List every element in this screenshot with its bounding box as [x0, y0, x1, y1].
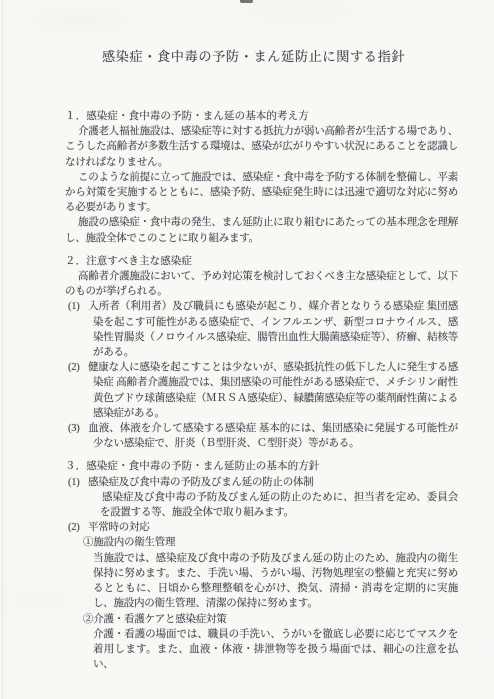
list-item: (2)平常時の対応	[65, 520, 458, 535]
sub-item-title: ①施設内の衛生管理	[83, 535, 458, 550]
paragraph: 高齢者介護施設において、予め対応策を検討しておくべき主な感染症として、以下のもの…	[65, 269, 458, 299]
item-text: 入所者（利用者）及び職員にも感染が起こり、媒介者となりうる感染症 集団感染を起こ…	[88, 301, 458, 358]
item-title: 平常時の対応	[88, 522, 150, 533]
list-item: (1)感染症及び食中毒の予防及びまん延の防止の体制	[65, 475, 458, 490]
item-marker: (2)	[68, 360, 88, 375]
list-item: (2)健康な人に感染を起こすことは少ないが、感染抵抗性の低下した人に発生する感染…	[65, 360, 458, 421]
item-body: 感染症及び食中毒の予防及びまん延の防止のために、担当者を定め、委員会を設置する等…	[100, 490, 458, 520]
sub-item-title: ②介護・看護ケアと感染症対策	[83, 612, 458, 627]
page-title: 感染症・食中毒の予防・まん延防止に関する指針	[57, 48, 450, 66]
item-marker: (3)	[68, 421, 88, 436]
paragraph: 介護老人福祉施設は、感染症等に対する抵抗力が弱い高齢者が生活する場であり、こうし…	[65, 124, 458, 170]
item-title: 感染症及び食中毒の予防及びまん延の防止の体制	[88, 477, 314, 488]
document-content: 感染症・食中毒の予防・まん延防止に関する指針 １．感染症・食中毒の予防・まん延の…	[65, 48, 458, 672]
section-basic-policy: ３．感染症・食中毒の予防・まん延防止の基本的方針 (1)感染症及び食中毒の予防及…	[65, 459, 458, 672]
item-marker: (2)	[68, 520, 88, 535]
paragraph: このような前提に立って施設では、感染症・食中毒を予防する体制を整備し、平素から対…	[65, 170, 458, 216]
section-basic-concept: １．感染症・食中毒の予防・まん延の基本的考え方 介護老人福祉施設は、感染症等に対…	[65, 109, 458, 246]
item-marker: (1)	[68, 475, 88, 490]
item-text: 血液、体液を介して感染する感染症 基本的には、集団感染に発展する可能性が少ない感…	[88, 423, 458, 449]
section-major-infections: ２．注意すべき主な感染症 高齢者介護施設において、予め対応策を検討しておくべき主…	[65, 254, 458, 452]
sub-item-body: 介護・看護の場面では、職員の手洗い、うがいを徹底し必要に応じてマスクを着用します…	[93, 627, 458, 673]
sub-item-body: 当施設では、感染症及び食中毒の予防及びまん延の防止のため、施設内の衛生保持に努め…	[93, 551, 458, 612]
section-heading: １．感染症・食中毒の予防・まん延の基本的考え方	[65, 109, 458, 124]
item-marker: (1)	[68, 299, 88, 314]
list-item: (1)入所者（利用者）及び職員にも感染が起こり、媒介者となりうる感染症 集団感染…	[65, 299, 458, 360]
section-heading: ３．感染症・食中毒の予防・まん延防止の基本的方針	[65, 459, 458, 474]
list-item: (3)血液、体液を介して感染する感染症 基本的には、集団感染に発展する可能性が少…	[65, 421, 458, 451]
scanned-document-page: 感染症・食中毒の予防・まん延防止に関する指針 １．感染症・食中毒の予防・まん延の…	[0, 0, 494, 699]
item-text: 健康な人に感染を起こすことは少ないが、感染抵抗性の低下した人に発生する感染症 高…	[88, 362, 458, 419]
scan-smudge-artifact	[240, 0, 253, 3]
section-heading: ２．注意すべき主な感染症	[65, 254, 458, 269]
paragraph: 施設の感染症・食中毒の発生、まん延防止に取り組むにあたっての基本理念を理解し、施…	[65, 215, 458, 245]
scan-edge-artifact	[2, 0, 3, 699]
